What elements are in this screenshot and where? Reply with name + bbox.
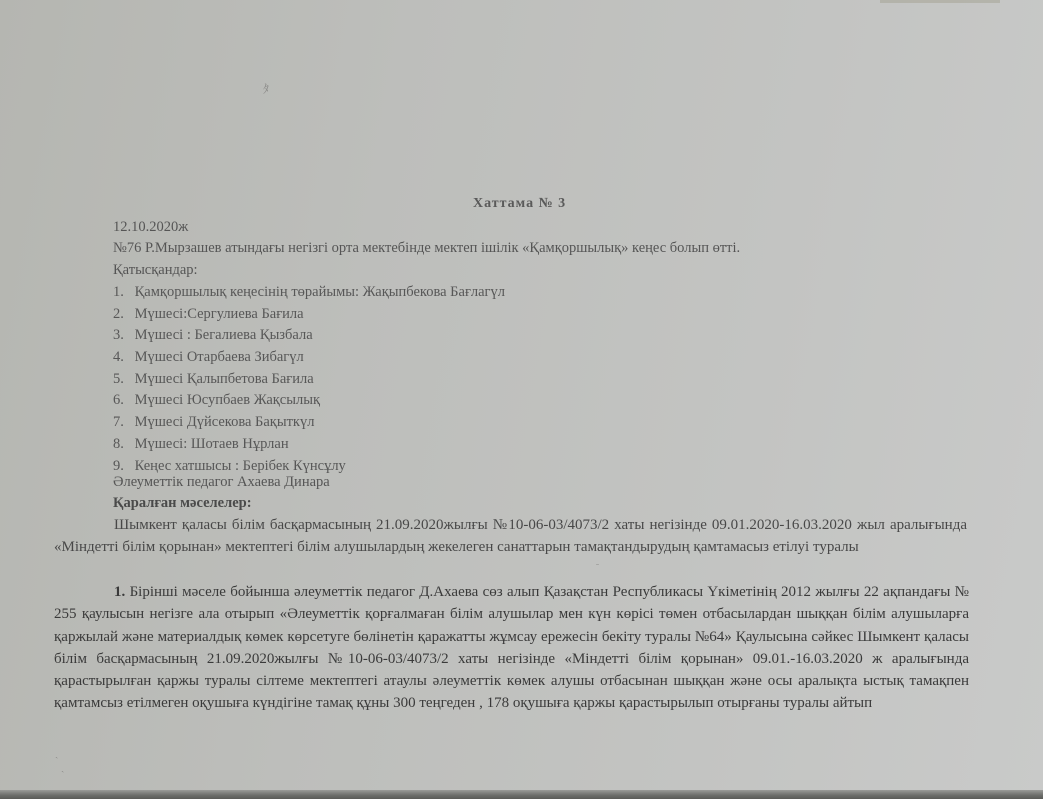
participant-item: 6. Мүшесі Юсупбаев Жақсылық [113, 392, 505, 414]
paper-edge [880, 0, 1000, 3]
paper-shadow-edge [0, 790, 1043, 799]
participant-item: 2. Мүшесі:Сергулиева Бағила [113, 306, 505, 328]
pen-mark: ˎ [61, 762, 64, 773]
item-text: Бірінші мәселе бойынша әлеуметтік педаго… [54, 584, 969, 711]
document-intro: №76 Р.Мырзашев атындағы негізгі орта мек… [113, 240, 740, 257]
issues-heading: Қаралған мәселелер: [113, 495, 252, 512]
participant-item: 7. Мүшесі Дүйсекова Бақыткүл [113, 414, 505, 436]
participant-item: 5. Мүшесі Қалыпбетова Бағила [113, 371, 505, 393]
participants-list: 1. Қамқоршылық кеңесінің төрайымы: Жақып… [113, 284, 505, 479]
pen-mark: ˉ [596, 562, 599, 572]
scanned-document-page: ﾀ ˎ ˎ ˉ Хаттама № 3 12.10.2020ж №76 Р.Мы… [0, 0, 1043, 799]
participants-label: Қатысқандар: [113, 262, 198, 279]
pen-mark: ˎ [55, 748, 58, 759]
participant-item: 1. Қамқоршылық кеңесінің төрайымы: Жақып… [113, 284, 505, 306]
item-1-paragraph: 1. Бірінші мәселе бойынша әлеуметтік пед… [54, 581, 969, 715]
issue-description: Шымкент қаласы білім басқармасының 21.09… [54, 514, 967, 559]
pen-mark: ﾀ [263, 80, 269, 97]
participant-item: 3. Мүшесі : Бегалиева Қызбала [113, 327, 505, 349]
participant-item: 8. Мүшесі: Шотаев Нұрлан [113, 436, 505, 458]
social-pedagogue: Әлеуметтік педагог Ахаева Динара [113, 474, 330, 491]
document-title: Хаттама № 3 [473, 196, 566, 212]
document-date: 12.10.2020ж [113, 219, 188, 236]
item-number: 1. [114, 584, 125, 600]
participant-item: 4. Мүшесі Отарбаева Зибагүл [113, 349, 505, 371]
